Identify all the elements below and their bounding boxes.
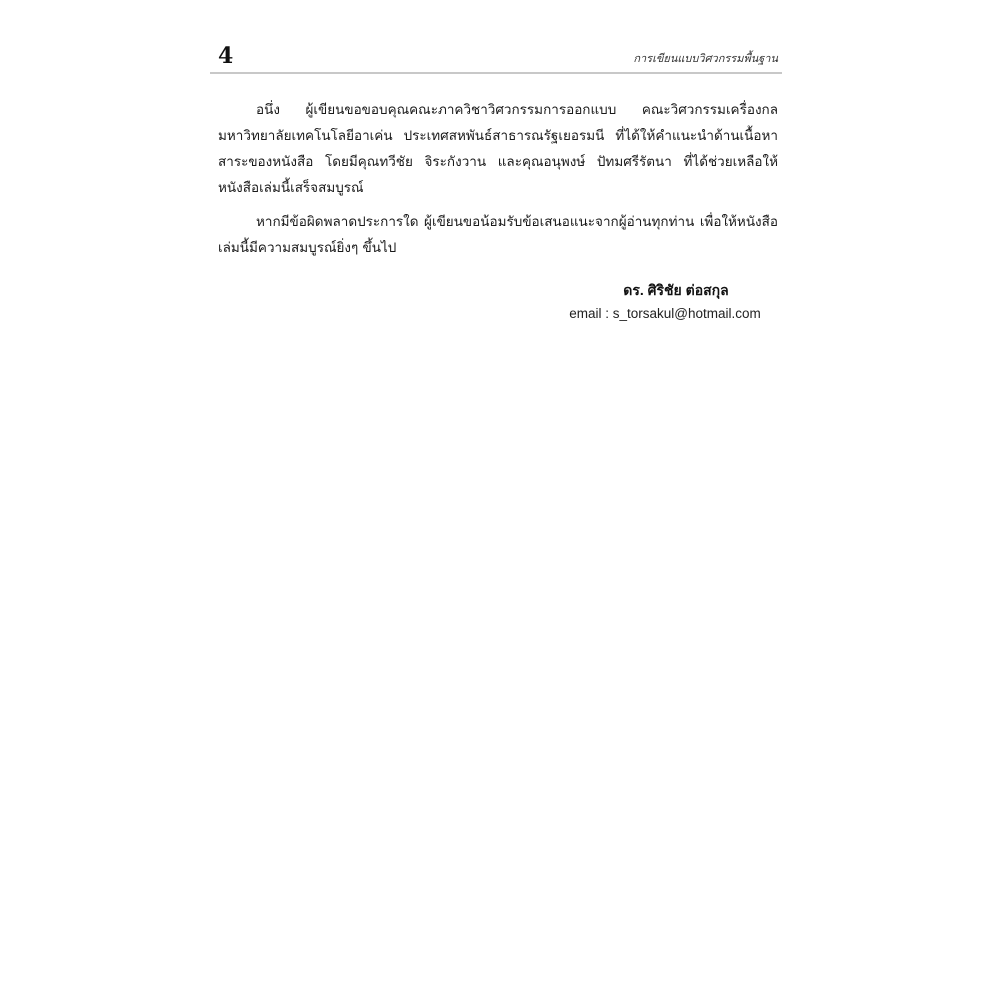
body-text: อนึ่ง ผู้เขียนขอขอบคุณคณะภาควิชาวิศวกรรม… [218, 97, 778, 269]
page-header: 4 การเขียนแบบวิศวกรรมพื้นฐาน [210, 40, 782, 74]
paragraph-acknowledgement: อนึ่ง ผู้เขียนขอขอบคุณคณะภาควิชาวิศวกรรม… [218, 97, 778, 201]
running-title: การเขียนแบบวิศวกรรมพื้นฐาน [633, 51, 778, 67]
paragraph-feedback: หากมีข้อผิดพลาดประการใด ผู้เขียนขอน้อมรั… [218, 209, 778, 261]
author-email: email : s_torsakul@hotmail.com [540, 303, 790, 325]
page-number: 4 [218, 43, 233, 69]
author-name: ดร. ศิริชัย ต่อสกุล [540, 279, 790, 301]
signature-block: ดร. ศิริชัย ต่อสกุล email : s_torsakul@h… [540, 279, 790, 325]
